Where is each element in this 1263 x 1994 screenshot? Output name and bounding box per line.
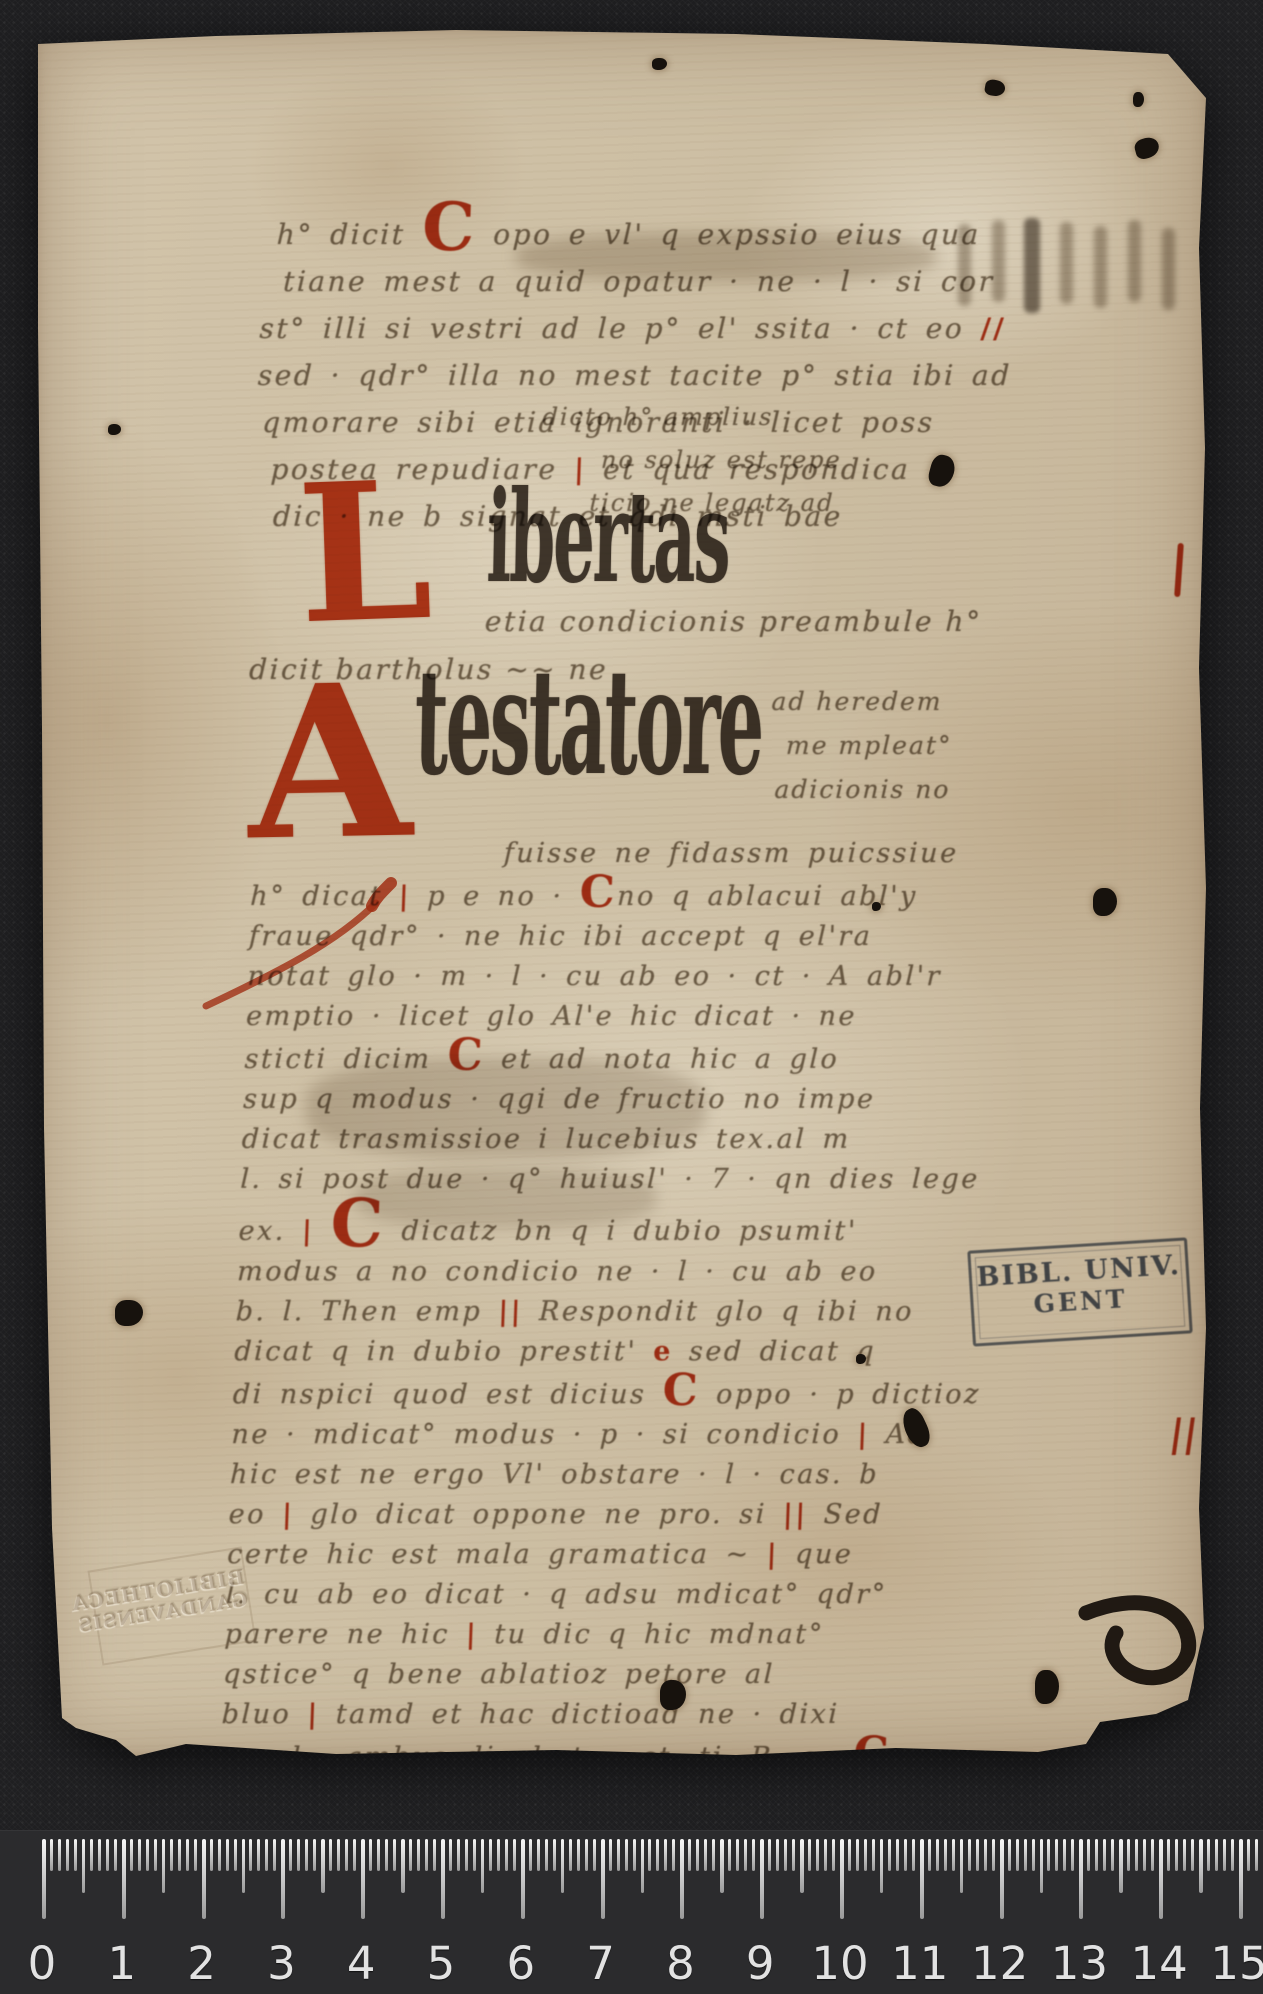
ruler-tick — [513, 1839, 516, 1871]
ruler-tick — [928, 1839, 931, 1871]
ruler-tick — [1047, 1839, 1050, 1871]
manuscript-text-line: certe hic est mala gramatica ~ | que — [227, 1535, 1188, 1575]
ruler-tick — [896, 1839, 899, 1871]
parchment-page: h° dicit C opo e vl' q expssio eius quat… — [36, 28, 1208, 1758]
text-wrap-right-of-testatore: ad heredemme mpleat°adicionis no — [768, 680, 955, 812]
rubric-flourish-tail — [176, 848, 406, 1028]
ruler-tick — [178, 1839, 181, 1871]
rubric-mark: C — [422, 210, 478, 240]
ruler-tick — [369, 1839, 372, 1871]
parchment-hole — [108, 424, 121, 435]
ruler-tick — [202, 1839, 206, 1919]
ruler-tick — [1183, 1839, 1186, 1871]
ruler-tick — [154, 1839, 157, 1871]
manuscript-text: no soluz est repe — [601, 446, 843, 474]
ruler-number: 4 — [347, 1937, 376, 1990]
rubric-mark: C — [579, 876, 618, 904]
manuscript-text: eo — [228, 1499, 282, 1530]
ruler-tick — [353, 1839, 356, 1871]
ruler-number: 9 — [746, 1937, 775, 1990]
ruler-tick — [505, 1839, 508, 1871]
ruler-tick — [880, 1839, 884, 1893]
ruler-tick — [720, 1839, 724, 1893]
ruler-tick — [648, 1839, 651, 1871]
manuscript-text: que — [779, 1539, 854, 1570]
ruler-tick — [146, 1839, 149, 1871]
ruler-tick — [361, 1839, 365, 1919]
rubric-mark: | — [307, 1699, 320, 1730]
manuscript-photo: h° dicit C opo e vl' q expssio eius quat… — [0, 0, 1263, 1994]
ruler-tick — [321, 1839, 325, 1893]
ruler-tick — [952, 1839, 955, 1871]
ruler-tick — [664, 1839, 667, 1871]
ruler-tick — [577, 1839, 580, 1871]
ruler-tick — [234, 1839, 237, 1871]
manuscript-text: dicat trasmissioe i lucebius tex.al m — [241, 1124, 851, 1155]
ruler-tick — [1127, 1839, 1130, 1871]
ruler-tick — [226, 1839, 229, 1871]
manuscript-text-line: sup q modus · qgi de fructio no impe — [242, 1080, 1203, 1120]
ruler-tick — [521, 1839, 525, 1919]
ruler-tick — [1079, 1839, 1083, 1919]
ruler-tick — [728, 1839, 731, 1871]
ruler-tick — [792, 1839, 795, 1871]
rubric-mark: || — [498, 1296, 524, 1327]
ruler-tick — [561, 1839, 565, 1893]
manuscript-text-line: tiane mest a quid opatur · ne · l · si c… — [260, 258, 1212, 305]
manuscript-text: ticio ne legatz ad — [589, 489, 835, 517]
manuscript-text: me mpleat° — [786, 731, 953, 760]
ruler-tick — [736, 1839, 739, 1871]
manuscript-text: oppo · p dictioz — [699, 1379, 981, 1410]
manuscript-text: parere ne hic — [224, 1619, 467, 1650]
ruler-tick — [1175, 1839, 1178, 1871]
ruler-tick — [569, 1839, 572, 1871]
ruler-tick — [114, 1839, 117, 1871]
manuscript-text: ex. — [238, 1216, 302, 1247]
manuscript-text-line: me mpleat° — [769, 724, 953, 768]
ruler-tick — [457, 1839, 460, 1871]
ruler-tick — [840, 1839, 844, 1919]
parchment-hole — [1133, 92, 1144, 107]
manuscript-text: et ad nota hic a glo — [485, 1044, 840, 1075]
ruler-tick — [968, 1839, 971, 1871]
ruler-tick — [864, 1839, 867, 1871]
rubric-mark: C — [853, 1737, 892, 1765]
ruler-tick — [704, 1839, 707, 1871]
ruler-tick — [489, 1839, 492, 1871]
ruler-tick — [1143, 1839, 1146, 1871]
ruler-tick — [305, 1839, 308, 1871]
manuscript-text: ne · mdicat° modus · p · si condicio — [231, 1419, 858, 1450]
ruler-tick — [904, 1839, 907, 1871]
ruler-tick — [249, 1839, 252, 1871]
manuscript-text-line: dicto h° amplius — [542, 396, 844, 439]
rubric-mark: C — [330, 1206, 386, 1236]
manuscript-text: sup q modus · qgi de fructio no impe — [243, 1084, 876, 1115]
manuscript-text: dicto h° amplius — [542, 403, 774, 431]
ruler-tick — [449, 1839, 452, 1871]
ruler-tick — [633, 1839, 636, 1871]
ruler-tick — [936, 1839, 939, 1871]
manuscript-text-line: sticti dicim C et ad nota hic a glo — [244, 1037, 1206, 1080]
ruler-tick — [313, 1839, 316, 1871]
ruler-tick — [90, 1839, 93, 1871]
ruler-tick — [281, 1839, 285, 1919]
manuscript-text: m · l · ambus dicebnt ~ st. ti. B. eo — [220, 1742, 854, 1773]
manuscript-text: b. l. Then emp — [235, 1296, 499, 1327]
ruler-tick — [529, 1839, 532, 1871]
ruler-tick — [680, 1839, 684, 1919]
ruler-tick — [385, 1839, 388, 1871]
library-stamp: BIBL. UNIV. GENT — [967, 1237, 1192, 1346]
ink-blot — [1046, 1568, 1216, 1708]
ruler-tick — [210, 1839, 213, 1871]
ruler-tick — [585, 1839, 588, 1871]
manuscript-text: adicionis no — [774, 775, 951, 804]
rubric-mark: | — [282, 1499, 295, 1530]
manuscript-text: p e no · — [411, 881, 580, 912]
ruler-tick — [912, 1839, 915, 1871]
ruler-tick — [473, 1839, 476, 1871]
ruler-tick — [872, 1839, 875, 1871]
manuscript-text — [314, 1216, 331, 1247]
rubric-mark: | — [465, 1619, 478, 1650]
heading-word-testatore: testatore — [413, 650, 763, 796]
manuscript-text: tamd et hac dictioad ne · dixi — [319, 1699, 840, 1730]
manuscript-text: tu dic q hic mdnat° — [478, 1619, 825, 1650]
rubric-mark: // — [980, 312, 1007, 345]
ruler-tick — [1223, 1839, 1226, 1871]
ruler-tick — [1215, 1839, 1218, 1871]
manuscript-text-line: hic est ne ergo Vl' obstare · l · cas. b — [229, 1455, 1190, 1495]
ruler-tick — [609, 1839, 612, 1871]
ruler-tick — [1159, 1839, 1163, 1919]
ruler-tick — [960, 1839, 964, 1893]
manuscript-text: fuisse ne fidassm puicssiue — [503, 838, 959, 869]
text-wrap-right-of-libertas: dicto h° ampliusno soluz est repeticio n… — [539, 396, 844, 525]
manuscript-text: st° illi si vestri ad le p° el' ssita · … — [259, 312, 981, 345]
ruler-tick — [984, 1839, 987, 1871]
ruler-tick — [98, 1839, 101, 1871]
ruler-tick — [824, 1839, 827, 1871]
manuscript-text: opo e vl' q expssio eius qua — [476, 218, 981, 251]
ruler-tick — [593, 1839, 596, 1871]
manuscript-text-line: m · l · ambus dicebnt ~ st. ti. B. eo C … — [220, 1735, 1182, 1778]
ruler-tick — [58, 1839, 61, 1871]
manuscript-text: sed · qdr° illa no mest tacite p° stia i… — [257, 359, 1012, 392]
ruler-tick — [170, 1839, 173, 1871]
rubric-mark: || — [782, 1499, 808, 1530]
ruler-tick — [1207, 1839, 1210, 1871]
manuscript-text: mo — [890, 1742, 954, 1773]
ruler-number: 5 — [427, 1937, 456, 1990]
ruler-tick — [1087, 1839, 1090, 1871]
ruler-tick — [194, 1839, 197, 1871]
ruler-number: 0 — [28, 1937, 57, 1990]
parchment-wrap: h° dicit C opo e vl' q expssio eius quat… — [36, 28, 1208, 1758]
ruler-tick — [42, 1839, 46, 1919]
rubric-mark: | — [301, 1216, 314, 1247]
manuscript-text-line: eo | glo dicat oppone ne pro. si || Sed — [228, 1495, 1189, 1535]
ruler-tick — [617, 1839, 620, 1871]
ruler-number: 11 — [891, 1937, 948, 1990]
ruler-tick — [545, 1839, 548, 1871]
manuscript-text-line: sed · qdr° illa no mest tacite p° stia i… — [257, 352, 1209, 399]
ruler-tick — [417, 1839, 420, 1871]
ruler-number: 10 — [811, 1937, 868, 1990]
rubric-margin-mark — [1174, 543, 1184, 597]
ruler-tick — [601, 1839, 605, 1919]
ruler-tick — [265, 1839, 268, 1871]
ruler-tick — [1016, 1839, 1019, 1871]
ruler-tick — [1095, 1839, 1098, 1871]
ruler-tick — [1167, 1839, 1170, 1871]
ruler-tick — [1040, 1839, 1044, 1893]
ruler-tick — [1239, 1839, 1243, 1919]
ruler-tick — [1024, 1839, 1027, 1871]
manuscript-text-line: no soluz est repe — [540, 439, 842, 482]
ruler-tick — [218, 1839, 221, 1871]
ruler-tick — [1119, 1839, 1123, 1893]
ruler-tick — [345, 1839, 348, 1871]
ruler-tick — [465, 1839, 468, 1871]
manuscript-text: bluo — [221, 1699, 308, 1730]
ruler-tick — [66, 1839, 69, 1871]
ruler-tick — [481, 1839, 485, 1893]
manuscript-text-line: ticio ne legatz ad — [539, 482, 841, 525]
ruler-tick — [641, 1839, 645, 1893]
ruler-tick — [1032, 1839, 1035, 1871]
ruler-tick — [1231, 1839, 1234, 1871]
ruler-tick — [688, 1839, 691, 1871]
manuscript-text-line: parere ne hic | tu dic q hic mdnat° — [224, 1615, 1185, 1655]
manuscript-text-line: ne · mdicat° modus · p · si condicio | A… — [231, 1415, 1192, 1455]
manuscript-text: hic est ne ergo Vl' obstare · l · cas. b — [230, 1459, 880, 1490]
manuscript-text: tiane mest a quid opatur · ne · l · si c… — [283, 265, 995, 298]
ruler-tick — [425, 1839, 428, 1871]
ruler-tick — [808, 1839, 811, 1871]
ruler-tick — [1247, 1839, 1250, 1871]
ruler-tick — [712, 1839, 715, 1871]
ruler-tick — [776, 1839, 779, 1871]
ruler-tick — [625, 1839, 628, 1871]
ruler-tick — [441, 1839, 445, 1919]
ruler-tick — [1135, 1839, 1138, 1871]
ruler-number: 3 — [267, 1937, 296, 1990]
ruler-tick — [752, 1839, 755, 1871]
ruler-tick — [138, 1839, 141, 1871]
manuscript-text-line: ad heredem — [771, 680, 955, 724]
ruler-tick — [832, 1839, 835, 1871]
ruler-number: 2 — [187, 1937, 216, 1990]
ruler-tick — [1008, 1839, 1011, 1871]
ruler-tick — [74, 1839, 77, 1871]
ruler-tick — [122, 1839, 126, 1919]
parchment-hole — [115, 1300, 143, 1326]
manuscript-text: ad heredem — [771, 687, 943, 716]
ruler-tick — [1055, 1839, 1058, 1871]
ruler-tick — [497, 1839, 500, 1871]
ruler-tick — [409, 1839, 412, 1871]
ruler-tick — [1151, 1839, 1154, 1871]
rubric-mark: C — [447, 1039, 486, 1067]
ruler-tick — [1000, 1839, 1004, 1919]
ruler-tick — [401, 1839, 405, 1893]
ruler-tick — [768, 1839, 771, 1871]
parchment-hole — [984, 78, 1006, 97]
manuscript-text: sticti dicim — [244, 1044, 448, 1075]
ruler-number: 1 — [107, 1937, 136, 1990]
manuscript-text-line: l. cu ab eo dicat · q adsu mdicat° qdr° — [225, 1575, 1186, 1615]
ruler-tick — [944, 1839, 947, 1871]
ruler-tick — [242, 1839, 246, 1893]
rubric-mark: | — [766, 1539, 779, 1570]
ruler-tick — [1191, 1839, 1194, 1871]
manuscript-text: h° dicit — [276, 218, 422, 251]
ruler-tick — [920, 1839, 924, 1919]
ruler-number: 13 — [1051, 1937, 1108, 1990]
ruler-tick — [433, 1839, 436, 1871]
ruler-tick — [553, 1839, 556, 1871]
ruler-tick — [1071, 1839, 1074, 1871]
manuscript-text-line: dicat trasmissioe i lucebius tex.al m — [241, 1120, 1202, 1160]
manuscript-text: glo dicat oppone ne pro. si — [294, 1499, 784, 1530]
parchment-hole — [1133, 135, 1161, 161]
cm-ruler: 0123456789101112131415 — [0, 1830, 1263, 1994]
ruler-tick — [297, 1839, 300, 1871]
manuscript-text: Sed — [807, 1499, 883, 1530]
manuscript-text: certe hic est mala gramatica ~ — [227, 1539, 768, 1570]
ruler-tick — [337, 1839, 340, 1871]
ruler-tick — [106, 1839, 109, 1871]
ruler-tick — [656, 1839, 659, 1871]
ruler-tick — [800, 1839, 804, 1893]
ruler-tick — [1255, 1839, 1258, 1871]
ruler-tick — [289, 1839, 292, 1871]
manuscript-text: etia condicionis preambule h° — [484, 605, 983, 638]
manuscript-text-line: di nspici quod est dicius C oppo · p dic… — [232, 1372, 1194, 1415]
ruler-number: 6 — [506, 1937, 535, 1990]
ruler-tick — [82, 1839, 86, 1893]
manuscript-text: l. cu ab eo dicat · q adsu mdicat° qdr° — [225, 1579, 888, 1610]
manuscript-text-line: st° illi si vestri ad le p° el' ssita · … — [259, 305, 1211, 352]
ruler-number: 8 — [666, 1937, 695, 1990]
ruler-tick — [744, 1839, 747, 1871]
ruler-number: 12 — [971, 1937, 1028, 1990]
manuscript-text-line: ex. | C dicatz bn q i dubio psumit' — [238, 1200, 1200, 1252]
ruler-tick — [537, 1839, 540, 1871]
ruler-number: 7 — [586, 1937, 615, 1990]
manuscript-text: sed dicat q — [672, 1336, 876, 1367]
ruler-tick — [672, 1839, 675, 1871]
ruler-tick — [329, 1839, 332, 1871]
ruler-tick — [760, 1839, 764, 1919]
ruler-tick — [1103, 1839, 1106, 1871]
ruler-tick — [1111, 1839, 1114, 1871]
ruler-tick — [1199, 1839, 1203, 1893]
ruler-tick — [888, 1839, 891, 1871]
ruler-tick — [186, 1839, 189, 1871]
manuscript-text: qstice° q bene ablatioz petore al — [223, 1659, 776, 1690]
manuscript-text: dicat q in dubio prestit' — [234, 1336, 654, 1367]
ruler-tick — [162, 1839, 166, 1893]
ruler-tick — [377, 1839, 380, 1871]
manuscript-text: dicatz bn q i dubio psumit' — [385, 1216, 858, 1247]
ruler-tick — [992, 1839, 995, 1871]
rubric-mark: C — [662, 1374, 701, 1402]
rubric-mark: e — [653, 1336, 674, 1367]
ruler-tick — [696, 1839, 699, 1871]
ruler-tick — [816, 1839, 819, 1871]
ruler-number: 15 — [1210, 1937, 1263, 1990]
ruler-number: 14 — [1131, 1937, 1188, 1990]
manuscript-text: Respondit glo q ibi no — [522, 1296, 914, 1327]
ruler-tick — [393, 1839, 396, 1871]
ruler-tick — [50, 1839, 53, 1871]
ruler-tick — [130, 1839, 133, 1871]
ruler-tick — [784, 1839, 787, 1871]
ruler-tick — [273, 1839, 276, 1871]
ruler-tick — [856, 1839, 859, 1871]
manuscript-text-line: adicionis no — [768, 768, 952, 812]
ruler-tick — [1063, 1839, 1066, 1871]
ruler-tick — [976, 1839, 979, 1871]
ruler-tick — [848, 1839, 851, 1871]
ruler-tick — [257, 1839, 260, 1871]
rubric-margin-mark: || — [1167, 1410, 1201, 1455]
manuscript-text-line: h° dicit C opo e vl' q expssio eius qua — [262, 204, 1214, 258]
manuscript-text: di nspici quod est dicius — [232, 1379, 663, 1410]
parchment-hole — [652, 58, 667, 70]
